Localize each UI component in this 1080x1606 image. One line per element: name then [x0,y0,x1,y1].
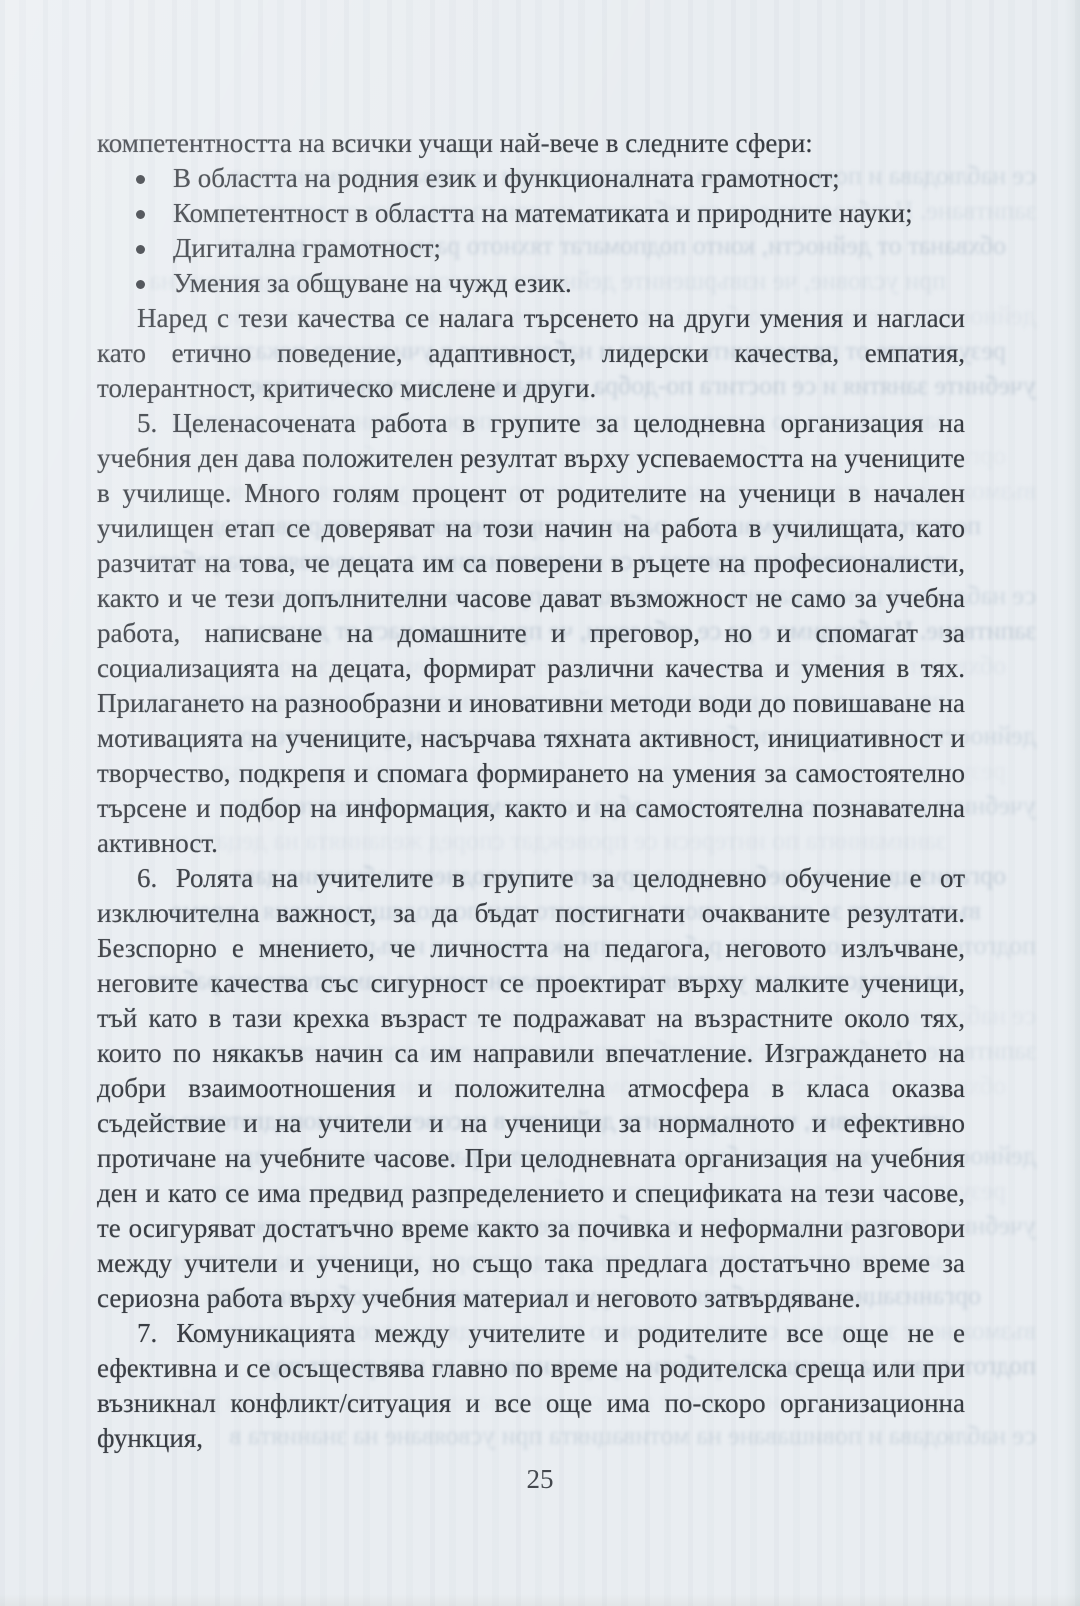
bullet-icon [136,280,145,289]
bullet-icon [136,210,145,219]
scanned-document-page: се наблюдава и повишаване на мотивацията… [0,0,1080,1606]
bullet-item-text: Умения за общуване на чужд език. [173,268,572,298]
bullet-item-text: Компетентност в областта на математиката… [173,198,913,228]
bullet-icon [136,245,145,254]
paragraph: 7. Комуникацията между учителите и родит… [97,1316,965,1456]
paragraph: 5. Целенасочената работа в групите за це… [97,406,965,861]
paragraph: компетентността на всички учащи най-вече… [97,126,965,161]
paragraph: Наред с тези качества се налага търсенет… [97,301,965,406]
bullet-list: В областта на родния език и функционална… [97,161,965,301]
page-number: 25 [0,1464,1080,1495]
bullet-item-text: Дигитална грамотност; [173,233,441,263]
bullet-item-text: В областта на родния език и функционална… [173,163,840,193]
bullet-item: Умения за общуване на чужд език. [97,266,965,301]
bullet-item: Дигитална грамотност; [97,231,965,266]
bullet-item: В областта на родния език и функционална… [97,161,965,196]
bullet-icon [136,175,145,184]
paragraph: 6. Ролята на учителите в групите за цело… [97,861,965,1316]
page-text-block: компетентността на всички учащи най-вече… [97,126,965,1456]
bullet-item: Компетентност в областта на математиката… [97,196,965,231]
